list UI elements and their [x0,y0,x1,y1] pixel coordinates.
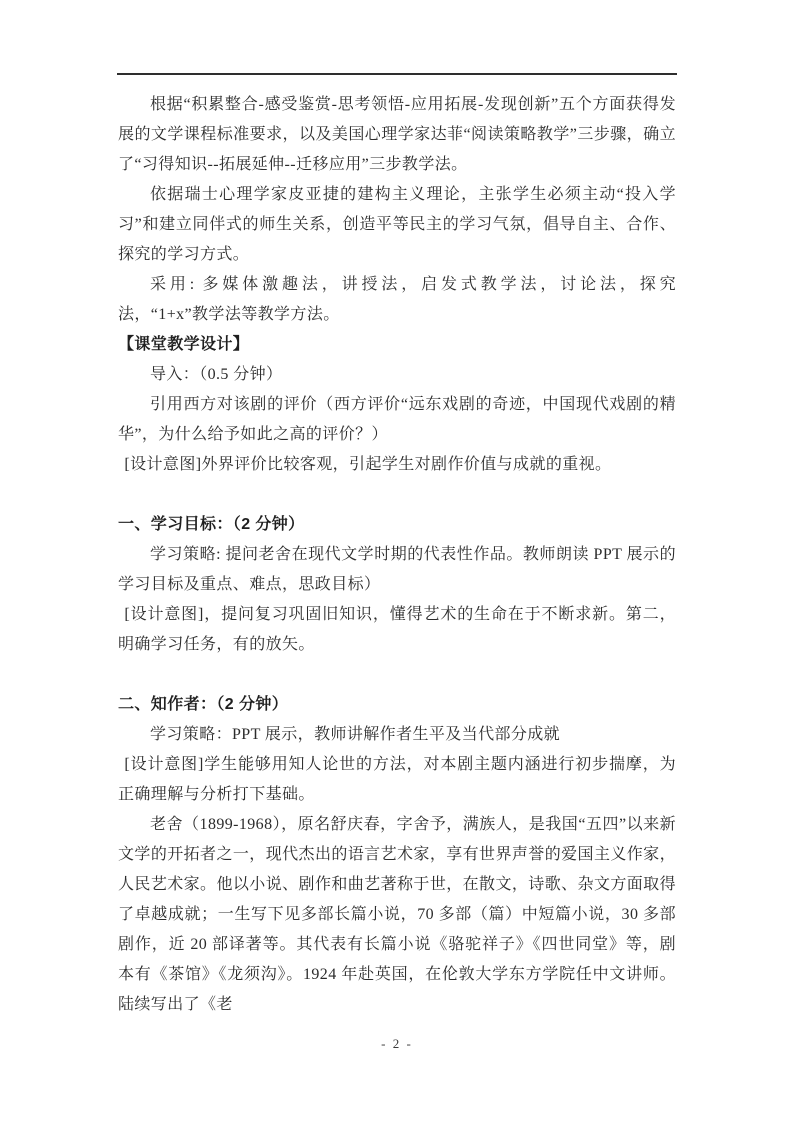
header-rule [117,73,677,75]
paragraph: 依据瑞士心理学家皮亚捷的建构主义理论，主张学生必须主动“投入学习”和建立同伴式的… [118,180,676,270]
paragraph: 导入：（0.5 分钟） [118,360,676,390]
paragraph: [设计意图]外界评价比较客观，引起学生对剧作价值与成就的重视。 [118,450,676,480]
paragraph: 采用: 多媒体激趣法，讲授法，启发式教学法，讨论法，探究法，“1+x”教学法等教… [118,270,676,330]
paragraph: 学习策略: 提问老舍在现代文学时期的代表性作品。教师朗读 PPT 展示的学习目标… [118,540,676,600]
paragraph: [设计意图]，提问复习巩固旧知识，懂得艺术的生命在于不断求新。第二，明确学习任务… [118,600,676,660]
document-page: 根据“积累整合-感受鉴赏-思考领悟-应用拓展-发现创新”五个方面获得发展的文学课… [0,0,794,1123]
paragraph: 根据“积累整合-感受鉴赏-思考领悟-应用拓展-发现创新”五个方面获得发展的文学课… [118,90,676,180]
paragraph: 引用西方对该剧的评价（西方评价“远东戏剧的奇迹，中国现代戏剧的精华”，为什么给予… [118,390,676,450]
paragraph: 学习策略：PPT 展示，教师讲解作者生平及当代部分成就 [118,720,676,750]
section-heading: 一、学习目标：（2 分钟） [118,510,676,540]
blank-line [118,660,676,690]
page-footer: - 2 - [0,1036,794,1052]
document-content: 根据“积累整合-感受鉴赏-思考领悟-应用拓展-发现创新”五个方面获得发展的文学课… [118,90,676,1020]
paragraph: 老舍（1899-1968），原名舒庆春，字舍予，满族人，是我国“五四”以来新文学… [118,810,676,1020]
page-number: - 2 - [381,1036,413,1051]
blank-line [118,480,676,510]
section-heading: 二、知作者：（2 分钟） [118,690,676,720]
section-heading: 【课堂教学设计】 [118,330,676,360]
paragraph: [设计意图]学生能够用知人论世的方法，对本剧主题内涵进行初步揣摩，为正确理解与分… [118,750,676,810]
